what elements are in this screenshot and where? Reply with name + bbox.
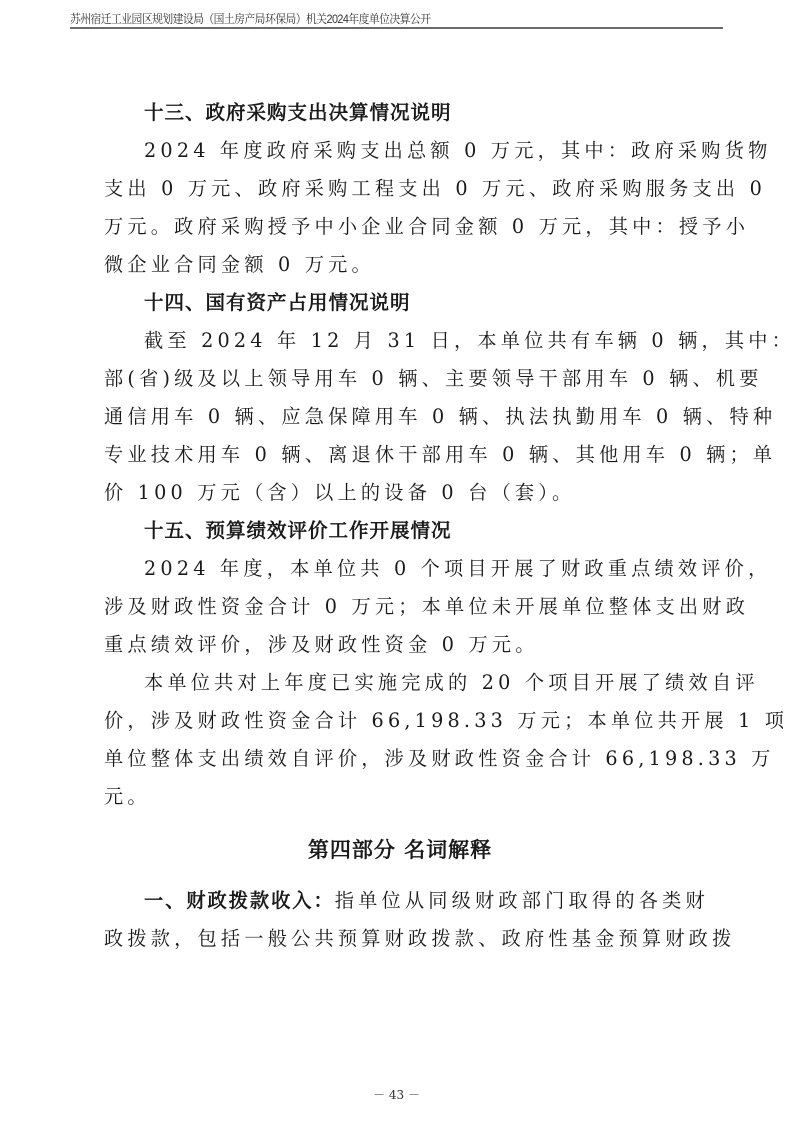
header-rule — [70, 27, 723, 29]
paragraph-line: 价 100 万元（含）以上的设备 0 台（套）。 — [104, 474, 696, 512]
paragraph-line: 支出 0 万元、政府采购工程支出 0 万元、政府采购服务支出 0 — [104, 170, 696, 208]
paragraph-line: 通信用车 0 辆、应急保障用车 0 辆、执法执勤用车 0 辆、特种 — [104, 398, 696, 436]
paragraph-line: 单位整体支出绩效自评价，涉及财政性资金合计 66,198.33 万 — [104, 740, 696, 778]
paragraph-line: 微企业合同金额 0 万元。 — [104, 246, 696, 284]
paragraph-line: 万元。政府采购授予中小企业合同金额 0 万元，其中：授予小 — [104, 208, 696, 246]
section-13-heading: 十三、政府采购支出决算情况说明 — [104, 94, 696, 132]
paragraph-line: 本单位共对上年度已实施完成的 20 个项目开展了绩效自评 — [104, 664, 696, 702]
paragraph-line: 元。 — [104, 778, 696, 816]
running-header-title: 苏州宿迁工业园区规划建设局（国土房产局环保局）机关2024年度单位决算公开 — [70, 10, 658, 27]
paragraph-line: 部(省)级及以上领导用车 0 辆、主要领导干部用车 0 辆、机要 — [104, 360, 696, 398]
paragraph-line: 2024 年度，本单位共 0 个项目开展了财政重点绩效评价， — [104, 550, 696, 588]
paragraph-line: 截至 2024 年 12 月 31 日，本单位共有车辆 0 辆，其中：副 — [104, 322, 696, 360]
term-1-definition-start: 指单位从同级财政部门取得的各类财 — [335, 889, 709, 912]
part-4-title: 第四部分 名词解释 — [104, 826, 696, 882]
paragraph-line: 专业技术用车 0 辆、离退休干部用车 0 辆、其他用车 0 辆；单 — [104, 436, 696, 474]
section-15-heading: 十五、预算绩效评价工作开展情况 — [104, 512, 696, 550]
section-14-heading: 十四、国有资产占用情况说明 — [104, 284, 696, 322]
paragraph-line: 涉及财政性资金合计 0 万元；本单位未开展单位整体支出财政 — [104, 588, 696, 626]
document-body: 十三、政府采购支出决算情况说明 2024 年度政府采购支出总额 0 万元，其中：… — [104, 94, 696, 958]
page-number: － 43 － — [0, 1086, 793, 1103]
term-1-first-line: 一、财政拨款收入：指单位从同级财政部门取得的各类财 — [104, 882, 696, 920]
paragraph-line: 重点绩效评价，涉及财政性资金 0 万元。 — [104, 626, 696, 664]
paragraph-line: 2024 年度政府采购支出总额 0 万元，其中：政府采购货物 — [104, 132, 696, 170]
term-1-label: 一、财政拨款收入： — [144, 889, 335, 912]
paragraph-line: 价，涉及财政性资金合计 66,198.33 万元；本单位共开展 1 项 — [104, 702, 696, 740]
paragraph-line: 政拨款，包括一般公共预算财政拨款、政府性基金预算财政拨 — [104, 920, 696, 958]
